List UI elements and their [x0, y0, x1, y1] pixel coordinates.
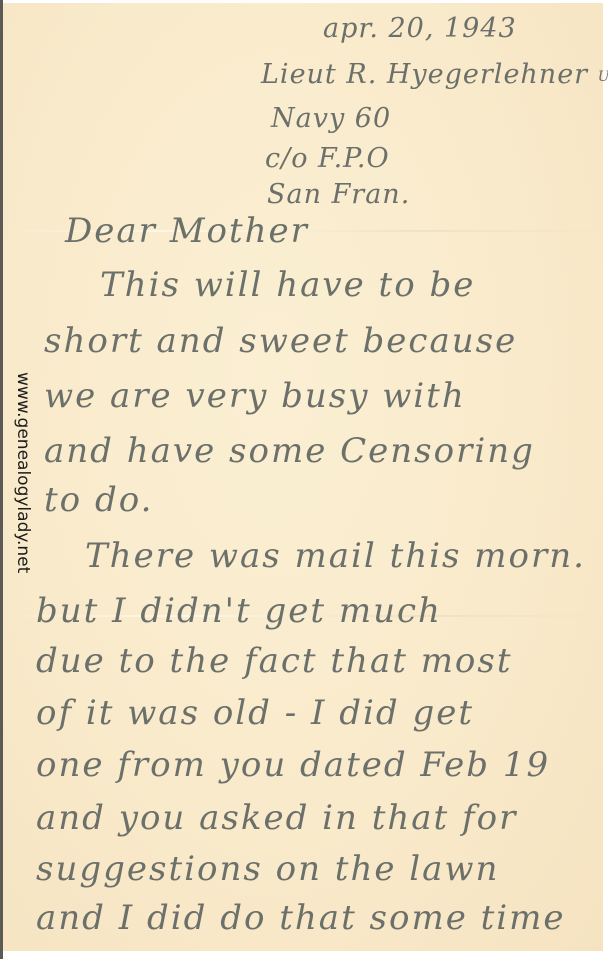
body-line: we are very busy with — [44, 376, 466, 416]
salutation: Dear Mother — [65, 211, 309, 251]
sender-line: Lieut R. Hyegerlehner USNR — [261, 59, 608, 90]
body-line: and have some Censoring — [44, 431, 535, 471]
address-line-1: Navy 60 — [271, 103, 391, 134]
body-line: There was mail this morn. — [85, 536, 586, 576]
letter-page: apr. 20, 1943 Lieut R. Hyegerlehner USNR… — [3, 3, 603, 951]
sender-name: Lieut R. Hyegerlehner — [261, 59, 588, 90]
letter-date: apr. 20, 1943 — [323, 13, 517, 44]
watermark-url: www.genealogylady.net — [13, 372, 33, 573]
address-line-3: San Fran. — [267, 179, 410, 210]
body-line: one from you dated Feb 19 — [36, 745, 550, 785]
body-line: and you asked in that for — [36, 798, 517, 838]
sender-suffix: USNR — [598, 69, 608, 85]
body-line: to do. — [44, 480, 153, 520]
body-line: of it was old - I did get — [36, 693, 474, 733]
body-line: due to the fact that most — [36, 641, 513, 681]
body-line: This will have to be — [100, 265, 475, 305]
body-line: and I did do that some time — [36, 898, 566, 938]
body-line: but I didn't get much — [36, 591, 442, 631]
body-line: suggestions on the lawn — [36, 849, 499, 889]
address-line-2: c/o F.P.O — [265, 143, 390, 174]
body-line: short and sweet because — [44, 321, 517, 361]
